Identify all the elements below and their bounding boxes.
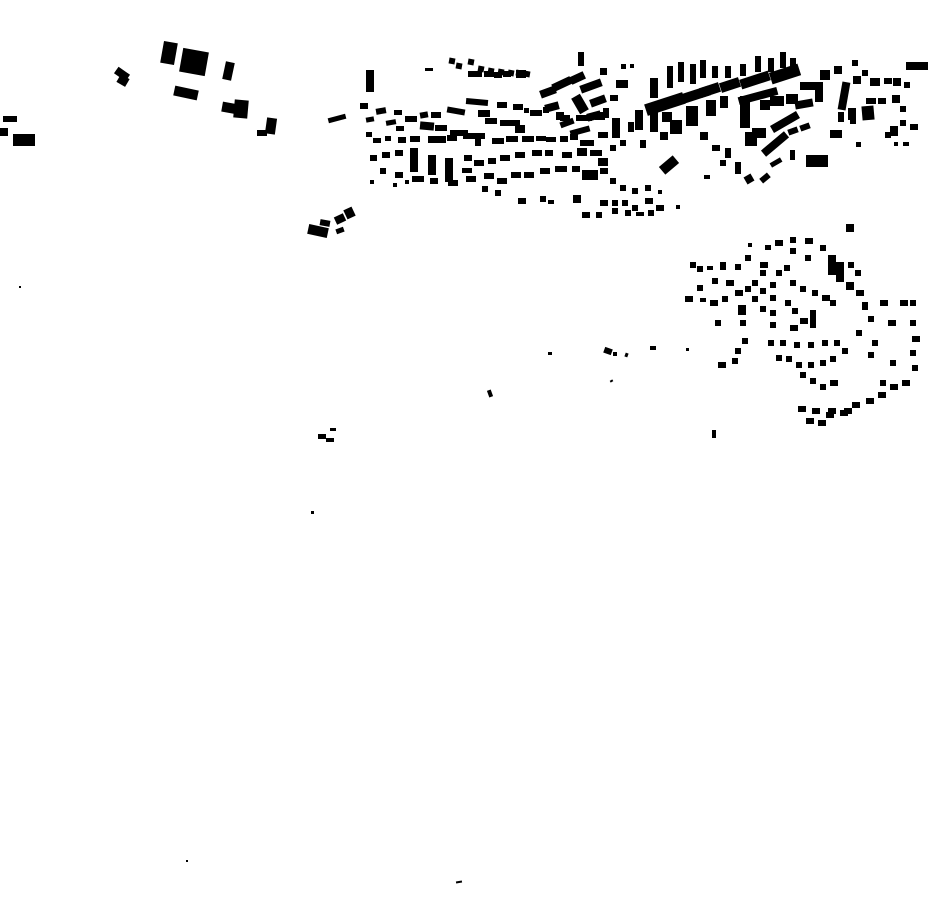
building-footprint <box>589 95 607 108</box>
building-footprint <box>870 78 880 86</box>
building-footprint <box>420 111 429 118</box>
building-footprint <box>725 148 731 158</box>
building-footprint <box>690 262 696 268</box>
building-footprint <box>910 320 916 326</box>
building-footprint <box>718 362 726 368</box>
building-footprint <box>697 266 703 272</box>
building-footprint <box>582 212 590 218</box>
building-footprint <box>770 322 776 328</box>
building-footprint <box>710 300 718 306</box>
building-footprint <box>726 280 734 286</box>
building-footprint <box>848 262 854 268</box>
building-footprint <box>770 282 776 288</box>
building-footprint <box>712 66 718 78</box>
building-footprint <box>466 98 488 106</box>
building-footprint <box>890 384 898 390</box>
building-footprint <box>725 66 731 78</box>
building-footprint <box>515 125 525 133</box>
building-footprint <box>852 60 858 66</box>
building-footprint <box>800 372 806 378</box>
building-footprint <box>700 60 706 78</box>
building-footprint <box>678 62 684 82</box>
building-footprint <box>524 172 534 178</box>
building-footprint <box>770 157 783 167</box>
building-footprint <box>555 166 567 172</box>
building-footprint <box>19 286 21 288</box>
building-footprint <box>449 58 456 65</box>
building-footprint <box>861 106 874 121</box>
building-footprint <box>600 68 607 75</box>
building-footprint <box>853 76 861 84</box>
building-footprint <box>447 135 457 141</box>
building-footprint <box>366 116 375 122</box>
building-footprint <box>475 138 481 146</box>
building-footprint <box>492 138 504 144</box>
building-footprint <box>805 238 813 244</box>
building-footprint <box>755 56 761 72</box>
building-footprint <box>546 137 556 142</box>
building-footprint <box>603 347 613 355</box>
building-footprint <box>326 438 334 442</box>
building-footprint <box>500 155 510 161</box>
building-footprint <box>735 348 741 354</box>
building-footprint <box>685 296 693 302</box>
historic-town-center <box>360 52 928 218</box>
building-footprint <box>792 308 798 314</box>
building-footprint <box>784 265 790 271</box>
building-footprint <box>770 310 776 316</box>
building-footprint <box>410 136 420 142</box>
building-footprint <box>488 158 496 164</box>
building-footprint <box>780 52 786 68</box>
building-footprint <box>719 77 741 93</box>
building-footprint <box>600 168 608 174</box>
building-footprint <box>428 155 436 175</box>
building-footprint <box>179 48 209 76</box>
building-footprint <box>598 158 608 166</box>
building-footprint <box>836 262 844 282</box>
building-footprint <box>386 119 397 126</box>
building-footprint <box>222 61 235 80</box>
building-footprint <box>497 102 507 108</box>
building-footprint <box>722 296 728 302</box>
building-footprint <box>610 379 614 382</box>
building-footprint <box>621 64 626 69</box>
building-footprint <box>855 270 861 276</box>
building-footprint <box>603 108 609 118</box>
building-footprint <box>796 362 802 368</box>
building-footprint <box>888 320 896 326</box>
building-footprint <box>560 115 570 121</box>
building-footprint <box>712 430 716 438</box>
building-footprint <box>580 140 594 146</box>
building-footprint <box>810 310 816 328</box>
building-footprint <box>775 240 783 246</box>
building-footprint <box>622 200 628 206</box>
building-footprint <box>650 110 658 132</box>
building-footprint <box>910 300 916 306</box>
building-footprint <box>880 380 886 386</box>
building-footprint <box>872 340 878 346</box>
building-footprint <box>616 80 628 88</box>
building-footprint <box>478 110 490 117</box>
building-footprint <box>806 418 814 424</box>
building-footprint <box>420 121 435 130</box>
building-footprint <box>690 64 696 84</box>
building-footprint <box>448 180 458 186</box>
building-footprint <box>320 219 331 227</box>
building-footprint <box>686 348 689 351</box>
building-footprint <box>830 356 836 362</box>
building-footprint <box>620 140 626 146</box>
building-footprint <box>330 428 336 431</box>
building-footprint <box>3 116 17 122</box>
building-footprint <box>360 103 368 109</box>
building-footprint <box>343 207 355 220</box>
building-footprint <box>511 172 521 178</box>
building-footprint <box>334 213 346 224</box>
building-footprint <box>820 384 826 390</box>
building-footprint <box>464 155 472 161</box>
building-footprint <box>704 175 710 179</box>
building-footprint <box>645 185 651 191</box>
building-footprint <box>790 237 796 243</box>
building-footprint <box>640 140 646 148</box>
building-footprint <box>545 150 553 156</box>
scattered-rural-buildings <box>19 286 689 884</box>
building-footprint <box>658 190 662 194</box>
building-footprint <box>577 148 587 156</box>
building-footprint <box>752 280 758 286</box>
building-footprint <box>548 200 554 204</box>
building-footprint <box>790 325 798 331</box>
building-footprint <box>699 82 721 98</box>
building-footprint <box>572 166 580 172</box>
building-footprint <box>596 212 602 218</box>
building-footprint <box>740 64 746 76</box>
building-footprint <box>485 118 497 124</box>
building-footprint <box>894 142 898 146</box>
building-footprint <box>846 224 854 232</box>
building-footprint <box>503 71 511 77</box>
building-footprint <box>497 178 507 184</box>
building-footprint <box>0 128 8 136</box>
building-footprint <box>735 162 741 174</box>
building-footprint <box>799 122 810 131</box>
building-footprint <box>856 290 864 296</box>
building-footprint <box>396 126 404 131</box>
building-footprint <box>884 78 892 84</box>
building-footprint <box>405 116 417 122</box>
building-footprint <box>570 134 578 140</box>
building-footprint <box>812 408 820 414</box>
building-footprint <box>780 340 786 346</box>
building-footprint <box>233 99 249 118</box>
building-footprint <box>160 41 178 65</box>
building-footprint <box>466 176 476 182</box>
building-footprint <box>613 352 617 356</box>
building-footprint <box>759 172 771 183</box>
building-footprint <box>768 340 774 346</box>
building-footprint <box>768 58 774 72</box>
building-footprint <box>820 360 826 366</box>
building-footprint <box>885 132 891 138</box>
building-footprint <box>790 280 796 286</box>
building-footprint <box>842 348 848 354</box>
building-footprint <box>468 71 482 77</box>
building-footprint <box>830 300 836 306</box>
building-footprint <box>820 70 830 80</box>
building-footprint <box>822 340 828 346</box>
building-footprint <box>720 160 726 166</box>
building-footprint <box>484 173 494 179</box>
building-footprint <box>624 353 628 358</box>
building-footprint <box>257 130 267 136</box>
building-footprint <box>612 118 620 138</box>
building-footprint <box>311 511 314 514</box>
west-outlying-buildings <box>0 41 356 238</box>
building-footprint <box>912 336 920 342</box>
building-footprint <box>513 104 523 110</box>
building-footprint <box>376 107 387 115</box>
building-footprint <box>366 132 372 137</box>
building-footprint <box>893 78 901 86</box>
building-footprint <box>700 298 706 302</box>
building-footprint <box>760 262 768 268</box>
building-footprint <box>790 248 796 254</box>
building-footprint <box>686 106 698 126</box>
southeast-residential-district <box>685 224 920 438</box>
building-footprint <box>456 880 462 883</box>
building-footprint <box>868 316 874 322</box>
building-footprint <box>808 362 814 368</box>
building-footprint <box>904 82 910 88</box>
building-footprint <box>770 295 776 301</box>
building-footprint <box>830 130 842 138</box>
building-footprint <box>808 342 814 348</box>
building-footprint <box>715 320 721 326</box>
building-footprint <box>707 266 713 270</box>
building-footprint <box>571 94 589 115</box>
building-footprint <box>610 145 616 151</box>
building-footprint <box>484 71 494 77</box>
building-footprint <box>430 178 438 184</box>
building-footprint <box>318 434 326 439</box>
building-footprint <box>632 188 638 194</box>
building-footprint <box>393 183 397 187</box>
building-footprint <box>906 62 928 70</box>
building-footprint <box>667 66 673 88</box>
building-footprint <box>412 176 424 182</box>
building-footprint <box>745 286 751 292</box>
building-footprint <box>856 330 862 336</box>
building-footprint <box>380 168 386 174</box>
building-footprint <box>794 342 800 348</box>
building-footprint <box>820 245 826 251</box>
building-footprint <box>447 106 466 115</box>
building-footprint <box>506 136 518 142</box>
building-footprint <box>576 115 592 121</box>
building-footprint <box>760 306 766 312</box>
building-footprint <box>620 185 626 191</box>
building-footprint <box>582 170 598 180</box>
building-footprint <box>760 288 766 294</box>
building-footprint <box>656 205 664 211</box>
building-footprint <box>868 352 874 358</box>
building-footprint <box>800 318 808 324</box>
building-footprint <box>676 205 680 209</box>
building-footprint <box>645 198 653 204</box>
building-footprint <box>335 227 344 234</box>
building-footprint <box>892 95 900 103</box>
figure-ground-map <box>0 0 930 924</box>
building-footprint <box>776 355 782 361</box>
building-footprint <box>834 66 842 74</box>
building-footprint <box>700 132 708 140</box>
building-footprint <box>866 98 876 104</box>
building-footprint <box>712 145 720 151</box>
building-footprint <box>482 186 488 192</box>
building-footprint <box>394 110 402 115</box>
building-footprint <box>610 95 618 101</box>
building-footprint <box>548 352 552 355</box>
building-footprint <box>900 300 908 306</box>
building-footprint <box>903 142 909 146</box>
building-footprint <box>540 168 550 174</box>
building-footprint <box>540 196 546 202</box>
building-footprint <box>862 302 868 310</box>
building-footprint <box>735 264 741 270</box>
building-footprint <box>706 100 716 116</box>
building-footprint <box>435 125 447 131</box>
building-footprint <box>745 255 751 261</box>
building-footprint <box>742 338 748 344</box>
building-footprint <box>798 406 806 412</box>
building-footprint <box>625 210 631 216</box>
building-footprint <box>828 408 836 414</box>
building-footprint <box>670 120 682 134</box>
building-footprint <box>787 126 798 135</box>
building-footprint <box>910 124 918 130</box>
building-footprint <box>748 243 752 247</box>
building-footprint <box>569 71 586 85</box>
building-footprint <box>735 290 743 296</box>
building-footprint <box>828 255 836 275</box>
building-footprint <box>838 82 851 111</box>
building-footprint <box>385 136 391 141</box>
building-footprint <box>740 320 746 326</box>
building-footprint <box>425 68 433 71</box>
building-footprint <box>518 198 526 204</box>
building-footprint <box>410 148 418 172</box>
building-footprint <box>13 134 35 146</box>
building-footprint <box>630 64 634 68</box>
building-footprint <box>445 158 453 182</box>
building-footprint <box>752 296 758 302</box>
building-footprint <box>770 96 784 106</box>
building-footprint <box>844 408 852 414</box>
building-footprint <box>852 402 860 408</box>
building-footprint <box>612 208 618 214</box>
building-footprint <box>785 300 791 306</box>
building-footprint <box>431 112 441 118</box>
building-footprint <box>834 340 840 346</box>
building-footprint <box>815 82 823 102</box>
building-footprint <box>173 86 199 101</box>
building-footprint <box>579 78 602 93</box>
building-footprint <box>632 205 638 211</box>
building-footprint <box>800 286 806 292</box>
building-footprint <box>635 110 643 130</box>
building-footprint <box>830 380 838 386</box>
building-footprint <box>494 72 502 78</box>
building-footprint <box>543 107 549 113</box>
building-footprint <box>890 360 896 366</box>
building-footprint <box>524 108 529 113</box>
building-footprint <box>765 245 771 250</box>
building-footprint <box>573 195 581 203</box>
building-footprint <box>856 142 861 147</box>
building-footprint <box>786 356 792 362</box>
building-footprint <box>660 132 668 140</box>
building-footprint <box>370 180 374 184</box>
building-footprint <box>366 70 374 92</box>
building-footprint <box>536 136 546 141</box>
building-footprint <box>878 98 886 104</box>
building-footprint <box>720 96 728 108</box>
building-footprint <box>890 126 898 136</box>
building-footprint <box>516 70 526 78</box>
building-footprint <box>487 390 493 398</box>
building-footprint <box>650 346 656 350</box>
building-footprint <box>456 63 463 70</box>
building-footprint <box>598 132 608 138</box>
building-footprint <box>600 200 608 206</box>
building-footprint <box>650 78 658 98</box>
building-footprint <box>818 420 826 426</box>
building-footprint <box>628 122 634 132</box>
building-footprint <box>562 152 572 158</box>
building-footprint <box>474 160 484 166</box>
building-footprint <box>395 150 403 156</box>
building-footprint <box>810 378 816 384</box>
building-footprint <box>382 152 390 158</box>
building-footprint <box>370 155 377 161</box>
building-footprint <box>790 150 795 160</box>
building-footprint <box>745 132 757 146</box>
building-footprint <box>902 380 910 386</box>
building-footprint <box>532 150 542 156</box>
building-footprint <box>590 150 602 156</box>
building-footprint <box>846 282 854 290</box>
building-footprint <box>373 138 381 143</box>
building-footprint <box>462 168 472 173</box>
building-footprint <box>398 137 406 143</box>
building-footprint <box>612 200 618 206</box>
building-footprint <box>720 262 726 270</box>
building-footprint <box>744 174 755 185</box>
building-footprint <box>866 398 874 404</box>
building-footprint <box>522 136 534 142</box>
building-footprint <box>659 155 679 174</box>
building-footprint <box>468 59 475 66</box>
building-footprint <box>900 106 906 112</box>
building-footprint <box>912 365 918 371</box>
building-footprint <box>395 172 403 178</box>
building-footprint <box>560 136 568 142</box>
building-footprint <box>878 392 886 398</box>
building-footprint <box>760 270 766 276</box>
